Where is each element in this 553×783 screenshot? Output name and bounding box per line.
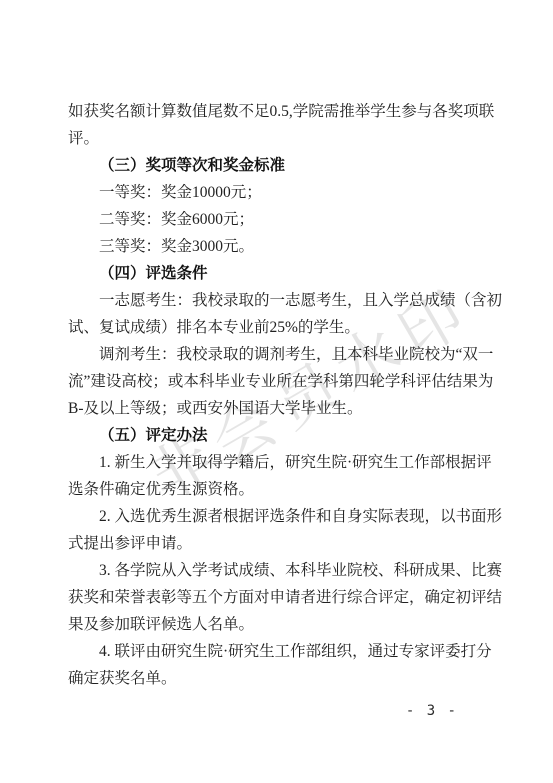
document-page: 非会员水印 如获奖名额计算数值尾数不足0.5,学院需推举学生参与各奖项联评。（三… (0, 0, 553, 783)
page-number: - 3 - (406, 702, 458, 720)
text-line: 4. 联评由研究生院·研究生工作部组织，通过专家评委打分 (68, 638, 493, 665)
text-line: 流”建设高校；或本科毕业专业所在学科第四轮学科评估结果为 (68, 368, 493, 395)
text-line: 一等奖：奖金10000元； (68, 179, 493, 206)
section-heading: （五）评定办法 (68, 422, 493, 449)
text-line: 果及参加联评候选人名单。 (68, 611, 493, 638)
text-line: 一志愿考生：我校录取的一志愿考生，且入学总成绩（含初 (68, 287, 493, 314)
text-line: 1. 新生入学并取得学籍后，研究生院·研究生工作部根据评 (68, 449, 493, 476)
text-line: 二等奖：奖金6000元； (68, 206, 493, 233)
text-line: 确定获奖名单。 (68, 665, 493, 692)
text-line: 三等奖：奖金3000元。 (68, 233, 493, 260)
text-line: 3. 各学院从入学考试成绩、本科毕业院校、科研成果、比赛 (68, 557, 493, 584)
text-line: 2. 入选优秀生源者根据评选条件和自身实际表现，以书面形 (68, 503, 493, 530)
text-line: 评。 (68, 125, 493, 152)
text-line: 如获奖名额计算数值尾数不足0.5,学院需推举学生参与各奖项联 (68, 98, 493, 125)
text-line: 调剂考生：我校录取的调剂考生，且本科毕业院校为“双一 (68, 341, 493, 368)
text-line: B-及以上等级；或西安外国语大学毕业生。 (68, 395, 493, 422)
text-line: 获奖和荣誉表彰等五个方面对申请者进行综合评定，确定初评结 (68, 584, 493, 611)
section-heading: （三）奖项等次和奖金标准 (68, 152, 493, 179)
text-line: 式提出参评申请。 (68, 530, 493, 557)
text-line: 选条件确定优秀生源资格。 (68, 476, 493, 503)
document-body: 如获奖名额计算数值尾数不足0.5,学院需推举学生参与各奖项联评。（三）奖项等次和… (68, 98, 493, 692)
text-line: 试、复试成绩）排名本专业前25%的学生。 (68, 314, 493, 341)
section-heading: （四）评选条件 (68, 260, 493, 287)
